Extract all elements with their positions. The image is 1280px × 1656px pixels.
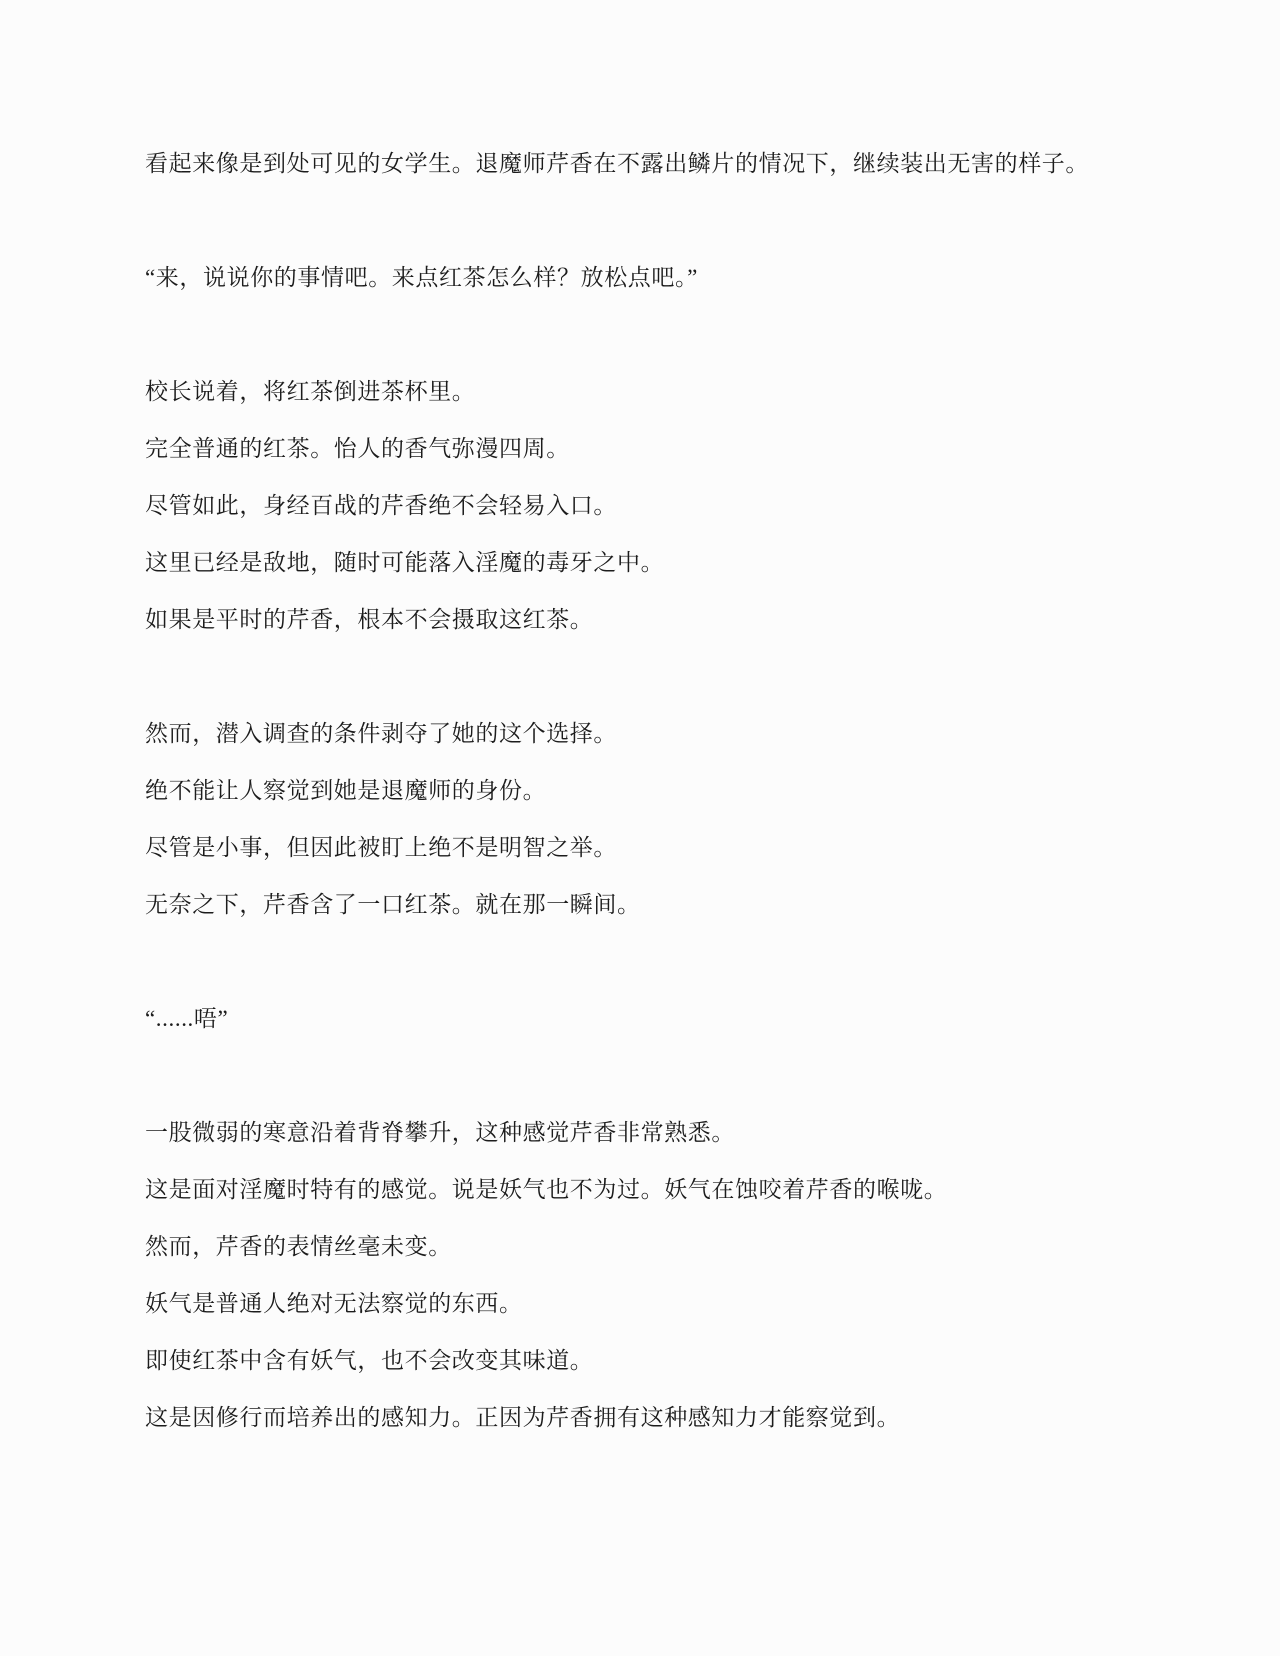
text-line: 尽管是小事，但因此被盯上绝不是明智之举。	[145, 819, 1200, 876]
text-line: 然而，潜入调查的条件剥夺了她的这个选择。	[145, 705, 1200, 762]
text-line: 然而，芹香的表情丝毫未变。	[145, 1218, 1200, 1275]
paragraph-dialogue: “......唔”	[145, 990, 1200, 1047]
text-line: 无奈之下，芹香含了一口红茶。就在那一瞬间。	[145, 876, 1200, 933]
text-line: 如果是平时的芹香，根本不会摄取这红茶。	[145, 591, 1200, 648]
text-line: 尽管如此，身经百战的芹香绝不会轻易入口。	[145, 477, 1200, 534]
paragraph: 然而，潜入调查的条件剥夺了她的这个选择。 绝不能让人察觉到她是退魔师的身份。 尽…	[145, 705, 1200, 933]
novel-page: 看起来像是到处可见的女学生。退魔师芹香在不露出鳞片的情况下，继续装出无害的样子。…	[0, 0, 1280, 1656]
text-line: 妖气是普通人绝对无法察觉的东西。	[145, 1275, 1200, 1332]
text-line: 看起来像是到处可见的女学生。退魔师芹香在不露出鳞片的情况下，继续装出无害的样子。	[145, 135, 1200, 192]
text-line: “......唔”	[145, 990, 1200, 1047]
text-line: 一股微弱的寒意沿着背脊攀升，这种感觉芹香非常熟悉。	[145, 1104, 1200, 1161]
text-line: 这是面对淫魔时特有的感觉。说是妖气也不为过。妖气在蚀咬着芹香的喉咙。	[145, 1161, 1200, 1218]
paragraph: 一股微弱的寒意沿着背脊攀升，这种感觉芹香非常熟悉。 这是面对淫魔时特有的感觉。说…	[145, 1104, 1200, 1446]
paragraph: 看起来像是到处可见的女学生。退魔师芹香在不露出鳞片的情况下，继续装出无害的样子。	[145, 135, 1200, 192]
text-line: 校长说着，将红茶倒进茶杯里。	[145, 363, 1200, 420]
text-line: 绝不能让人察觉到她是退魔师的身份。	[145, 762, 1200, 819]
text-line: 完全普通的红茶。怡人的香气弥漫四周。	[145, 420, 1200, 477]
paragraph: 校长说着，将红茶倒进茶杯里。 完全普通的红茶。怡人的香气弥漫四周。 尽管如此，身…	[145, 363, 1200, 648]
text-line: 这里已经是敌地，随时可能落入淫魔的毒牙之中。	[145, 534, 1200, 591]
text-line: “来，说说你的事情吧。来点红茶怎么样？放松点吧。”	[145, 249, 1200, 306]
text-line: 即使红茶中含有妖气，也不会改变其味道。	[145, 1332, 1200, 1389]
paragraph-dialogue: “来，说说你的事情吧。来点红茶怎么样？放松点吧。”	[145, 249, 1200, 306]
text-line: 这是因修行而培养出的感知力。正因为芹香拥有这种感知力才能察觉到。	[145, 1389, 1200, 1446]
